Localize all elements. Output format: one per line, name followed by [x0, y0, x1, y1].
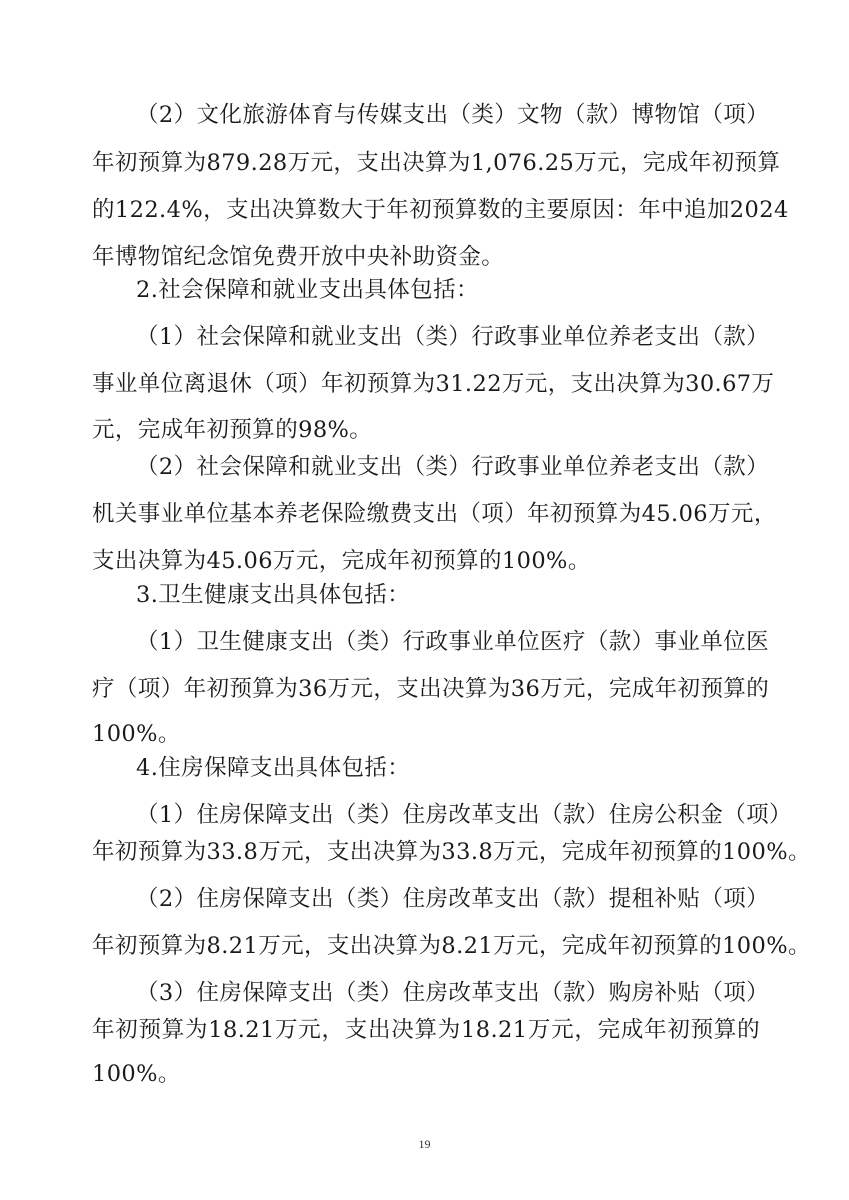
text-line: 年初预算为8.21万元，支出决算为8.21万元，完成年初预算的100%。	[92, 931, 760, 961]
text-line: （2）社会保障和就业支出（类）行政事业单位养老支出（款）	[136, 452, 760, 482]
text-line: （1）社会保障和就业支出（类）行政事业单位养老支出（款）	[136, 322, 760, 352]
text-line: 100%。	[92, 1059, 760, 1089]
text-line: 100%。	[92, 719, 760, 749]
text-line: （1）住房保障支出（类）住房改革支出（款）住房公积金（项）	[136, 800, 760, 830]
text-line: 事业单位离退休（项）年初预算为31.22万元，支出决算为30.67万	[92, 369, 760, 399]
text-line: （2）文化旅游体育与传媒支出（类）文物（款）博物馆（项）	[136, 100, 760, 130]
section-heading: 2.社会保障和就业支出具体包括：	[136, 275, 760, 305]
document-page: （2）文化旅游体育与传媒支出（类）文物（款）博物馆（项） 年初预算为879.28…	[0, 0, 849, 1200]
text-line: 支出决算为45.06万元，完成年初预算的100%。	[92, 546, 760, 576]
text-line: （2）住房保障支出（类）住房改革支出（款）提租补贴（项）	[136, 884, 760, 914]
section-heading: 4.住房保障支出具体包括：	[136, 753, 760, 783]
text-line: 疗（项）年初预算为36万元，支出决算为36万元，完成年初预算的	[92, 674, 760, 704]
text-line: （3）住房保障支出（类）住房改革支出（款）购房补贴（项）	[136, 978, 760, 1008]
text-line: 年初预算为33.8万元，支出决算为33.8万元，完成年初预算的100%。	[92, 837, 760, 867]
text-line: 的122.4%，支出决算数大于年初预算数的主要原因：年中追加2024	[92, 195, 760, 225]
page-number: 19	[0, 1137, 849, 1152]
text-line: 年初预算为879.28万元，支出决算为1,076.25万元，完成年初预算	[92, 148, 760, 178]
text-line: 年初预算为18.21万元，支出决算为18.21万元，完成年初预算的	[92, 1015, 760, 1045]
text-line: 机关事业单位基本养老保险缴费支出（项）年初预算为45.06万元，	[92, 499, 760, 529]
text-line: 元，完成年初预算的98%。	[92, 415, 760, 445]
text-line: （1）卫生健康支出（类）行政事业单位医疗（款）事业单位医	[136, 627, 760, 657]
section-heading: 3.卫生健康支出具体包括：	[136, 580, 760, 610]
text-line: 年博物馆纪念馆免费开放中央补助资金。	[92, 242, 760, 272]
